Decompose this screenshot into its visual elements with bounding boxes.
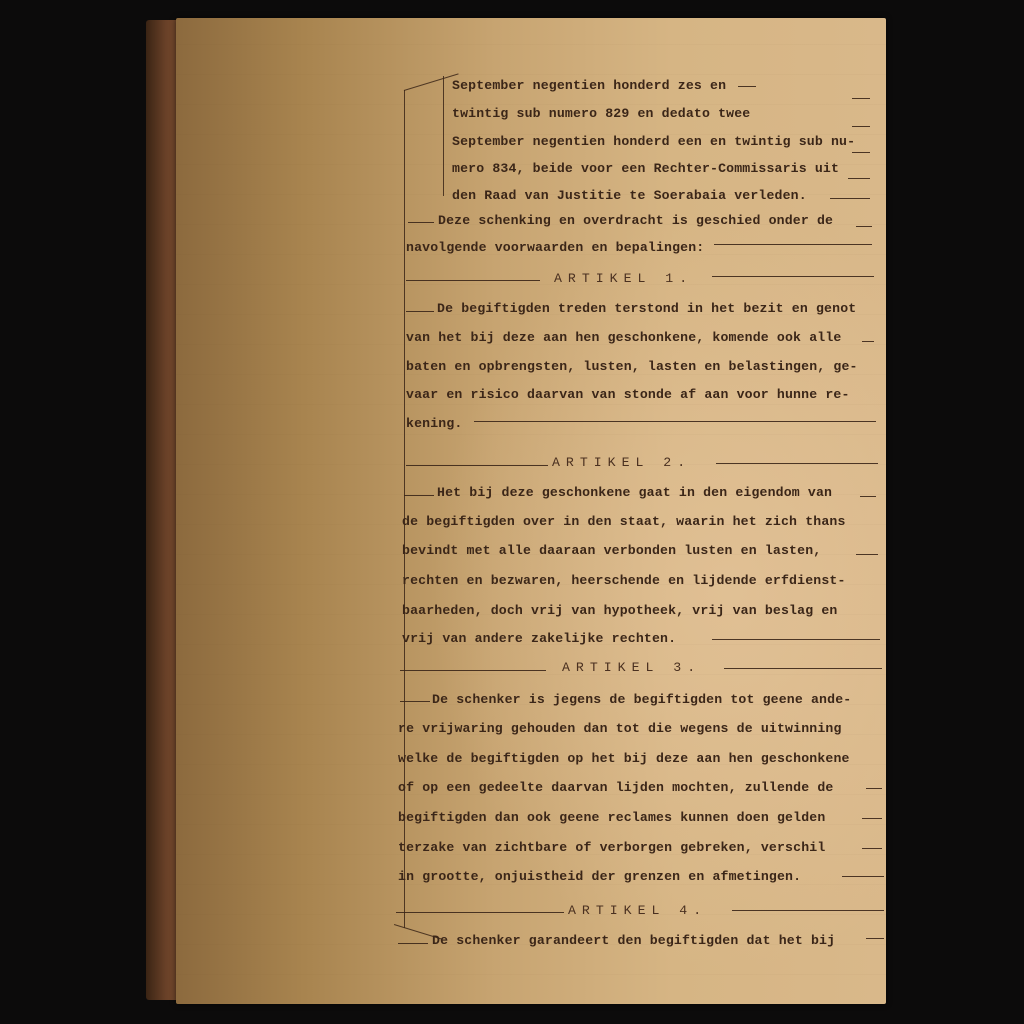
fill-rule [712,639,880,640]
fill-rule [866,788,882,789]
fill-rule [856,554,878,555]
fill-rule [842,876,884,877]
article-line: re vrijwaring gehouden dan tot die wegen… [398,722,842,735]
article-line: terzake van zichtbare of verborgen gebre… [398,841,825,854]
photo-stage: September negentien honderd zes en twint… [0,0,1024,1024]
article-line: vaar en risico daarvan van stonde af aan… [406,388,850,401]
article-line: kening. [406,417,462,430]
article-line: baten en opbrengsten, lusten, lasten en … [406,360,858,373]
fill-rule [406,280,540,281]
quote-line: September negentien honderd zes en [452,79,726,92]
article-line: rechten en bezwaren, heerschende en lijd… [402,574,846,587]
fill-rule [732,910,884,911]
fill-rule [866,938,884,939]
fill-rule [406,311,434,312]
article-heading: ARTIKEL 4. [568,904,707,917]
article-line: begiftigden dan ook geene reclames kunne… [398,811,825,824]
fill-rule [716,463,878,464]
fill-rule [712,276,874,277]
fill-rule [856,226,872,227]
fill-rule [862,818,882,819]
fill-rule [848,178,870,179]
fill-rule [714,244,872,245]
article-heading: ARTIKEL 3. [562,661,701,674]
fill-rule [400,701,430,702]
article-line: Het bij deze geschonkene gaat in den eig… [437,486,832,499]
fill-rule [400,670,546,671]
fill-rule [852,126,870,127]
fill-rule [830,198,870,199]
article-line: De begiftigden treden terstond in het be… [437,302,856,315]
fill-rule [398,943,428,944]
margin-bracket-line [404,90,405,928]
fill-rule [406,465,548,466]
article-heading: ARTIKEL 2. [552,456,691,469]
quote-line: mero 834, beide voor een Rechter-Commiss… [452,162,839,175]
quote-block-bar [443,76,444,196]
intro-line: Deze schenking en overdracht is geschied… [438,214,833,227]
article-line: welke de begiftigden op het bij deze aan… [398,752,850,765]
fill-rule [724,668,882,669]
fill-rule [408,222,434,223]
fill-rule [862,341,874,342]
article-line: De schenker garandeert den begiftigden d… [432,934,835,947]
fill-rule [852,152,870,153]
article-line: in grootte, onjuistheid der grenzen en a… [398,870,801,883]
article-line: De schenker is jegens de begiftigden tot… [432,693,851,706]
fill-rule [738,86,756,87]
quote-line: twintig sub numero 829 en dedato twee [452,107,750,120]
margin-bracket-top [404,73,459,91]
article-line: de begiftigden over in den staat, waarin… [402,515,846,528]
document-page: September negentien honderd zes en twint… [176,18,886,1004]
article-heading: ARTIKEL 1. [554,272,693,285]
quote-line: September negentien honderd een en twint… [452,135,855,148]
article-line: van het bij deze aan hen geschonkene, ko… [406,331,841,344]
article-line: vrij van andere zakelijke rechten. [402,632,676,645]
fill-rule [852,98,870,99]
quote-line: den Raad van Justitie te Soerabaia verle… [452,189,807,202]
fill-rule [860,496,876,497]
article-line: of op een gedeelte daarvan lijden mochte… [398,781,833,794]
article-line: baarheden, doch vrij van hypotheek, vrij… [402,604,837,617]
fill-rule [862,848,882,849]
article-line: bevindt met alle daaraan verbonden luste… [402,544,821,557]
fill-rule [404,495,434,496]
fill-rule [474,421,876,422]
intro-line: navolgende voorwaarden en bepalingen: [406,241,704,254]
fill-rule [396,912,564,913]
